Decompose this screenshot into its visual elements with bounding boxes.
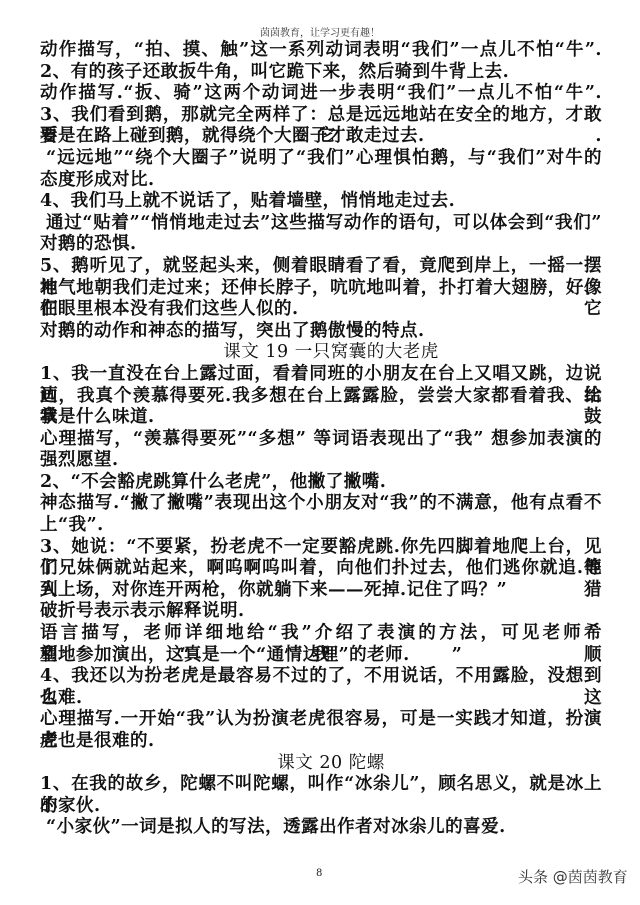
text-line: 3、我们看到鹅，那就完全两样了：总是远远地站在安全的地方，才敢看它. [40,105,602,127]
text-line: 心理描写.一开始“我”认为扮演老虎很容易，可是一实践才知道，扮演老 [40,709,602,731]
text-line: 上“我”. [40,515,602,537]
text-line: 2、有的孩子还敢扳牛角，叫它跪下来，然后骑到牛背上去. [40,62,602,84]
section-title: 课文 19 一只窝囊的大老虎 [40,342,602,364]
text-line: 语言描写，老师详细地给“我”介绍了表演的方法，可见老师希望“我”顺 [40,623,602,645]
text-line: 3、她说：“不要紧，扮老虎不一定要豁虎跳.你先四脚着地爬上台，见了他 [40,537,602,559]
page-header: 茵茵教育，让学习更有趣！ [0,24,640,39]
text-line: 5、鹅听见了，就竖起头来，侧着眼睛看了看，竟爬到岸上，一摇一摆地、 [40,256,602,278]
text-line: 神态描写.“撇了撇嘴”表现出这个小朋友对“我”的不满意，他有点看不 [40,493,602,515]
text-line: 4、我还以为扮老虎是最容易不过的了，不用说话，不用露脸，没想到也这 [40,666,602,688]
text-line: 动作描写.“扳、骑”这两个动词进一步表明“我们”一点儿不怕“牛”. [40,83,602,105]
watermark: 头条 @茵茵教育 [518,866,628,887]
text-line: 对鹅的恐惧. [40,234,602,256]
text-line: 1、在我的故乡，陀螺不叫陀螺，叫作“冰尜儿”，顾名思义，就是冰上的 [40,774,602,796]
text-line: 画，我真个羡慕得要死.我多想在台上露露脸，尝尝大家都看着我、给我鼓 [40,386,602,408]
text-line: 通过“贴着”“悄悄地走过去”这些描写动作的语句，可以体会到“我们” [40,213,602,235]
text-line: 们兄妹俩就站起来，啊呜啊呜叫着，向他们扑过去，他们逃你就追.等到猎 [40,558,602,580]
text-line: 小家伙. [40,796,602,818]
text-line: 神气地朝我们走过来；还伸长脖子，吭吭地叫着，扑打着大翅膀，好像在它 [40,278,602,300]
text-line: 对鹅的动作和神态的描写，突出了鹅傲慢的特点. [40,321,602,343]
text-line: “远远地”“绕个大圈子”说明了“我们”心理惧怕鹅，与“我们”对牛的 [40,148,602,170]
text-line: 虎也是很难的. [40,731,602,753]
text-line: 4、我们马上就不说话了，贴着墙壁，悄悄地走过去. [40,191,602,213]
document-body: 动作描写，“拍、摸、触”这一系列动词表明“我们”一点儿不怕“牛”. 2、有的孩子… [40,40,602,839]
text-line: 动作描写，“拍、摸、触”这一系列动词表明“我们”一点儿不怕“牛”. [40,40,602,62]
text-line: “小家伙”一词是拟人的写法，透露出作者对冰尜儿的喜爱. [40,817,602,839]
text-line: 破折号表示表示解释说明. [40,601,602,623]
text-line: 心理描写，“羡慕得要死”“多想” 等词语表现出了“我” 想参加表演的 [40,429,602,451]
section-title: 课文 20 陀螺 [40,753,602,775]
text-line: 态度形成对比. [40,170,602,192]
text-line: 1、我一直没在台上露过面，看着同班的小朋友在台上又唱又跳，边说边比 [40,364,602,386]
text-line: 强烈愿望. [40,450,602,472]
page-number: 8 [316,868,322,879]
text-line: 2、“不会豁虎跳算什么老虎”，他撇了撇嘴. [40,472,602,494]
